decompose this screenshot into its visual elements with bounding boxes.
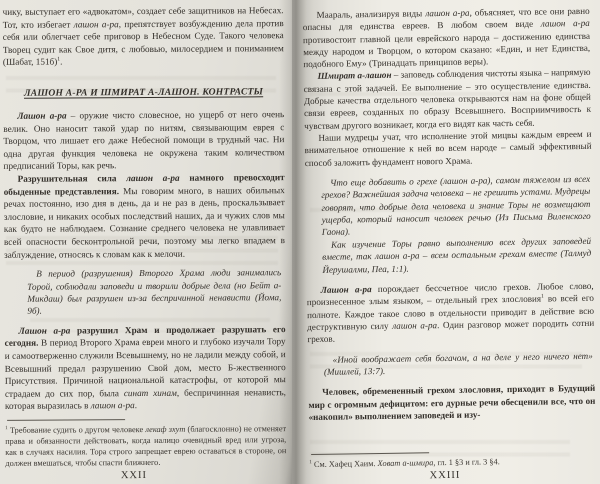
quote-block: В период (разрушения) Второго Храма люди… bbox=[27, 266, 281, 317]
paragraph-continuation: чику, выступает его «адвокатом», создает… bbox=[3, 4, 284, 69]
paragraph: Шмират а-лашон – заповедь соблюдения чис… bbox=[303, 66, 591, 132]
page-number: XXIII bbox=[301, 466, 588, 484]
quote-block: «Иной воображает себя богачом, а на деле… bbox=[324, 349, 593, 378]
paragraph: Человек, обремененный грехом злословия, … bbox=[308, 382, 596, 423]
quote-block: Что еще добавить о грехе (лашон а-ра), с… bbox=[321, 173, 591, 239]
paragraph: Лашон а-ра порождает бессчетное число гр… bbox=[307, 280, 595, 346]
paragraph: Наши мудрецы учат, что исполнение этой м… bbox=[304, 128, 592, 169]
paragraph: Маараль, анализируя виды лашон а-ра, объ… bbox=[303, 5, 591, 71]
page-left: чику, выступает его «адвокатом», создает… bbox=[0, 0, 292, 484]
section-heading: ЛАШОН А-РА И ШМИРАТ А-ЛАШОН. КОНТРАСТЫ bbox=[3, 86, 284, 99]
footnote: 1 Требование судить о другом человеке ле… bbox=[5, 423, 286, 469]
paragraph: Разрушительная сила лашон а-ра намного п… bbox=[4, 171, 286, 261]
page-right: Маараль, анализируя виды лашон а-ра, объ… bbox=[292, 0, 600, 484]
footnote-area: 1 Требование судить о другом человеке ле… bbox=[5, 414, 286, 469]
open-book-photo: чику, выступает его «адвокатом», создает… bbox=[0, 0, 600, 484]
paragraph: Лашон а-ра – оружие чисто словесное, но … bbox=[3, 108, 284, 173]
footnote-separator bbox=[7, 419, 125, 421]
page-number: XXII bbox=[0, 467, 274, 483]
footnote-separator bbox=[311, 452, 429, 455]
paragraph: Лашон а-ра разрушил Храм и продолжает ра… bbox=[5, 323, 287, 413]
quote-block: Как изучение Торы равно выполнению всех … bbox=[322, 235, 592, 276]
